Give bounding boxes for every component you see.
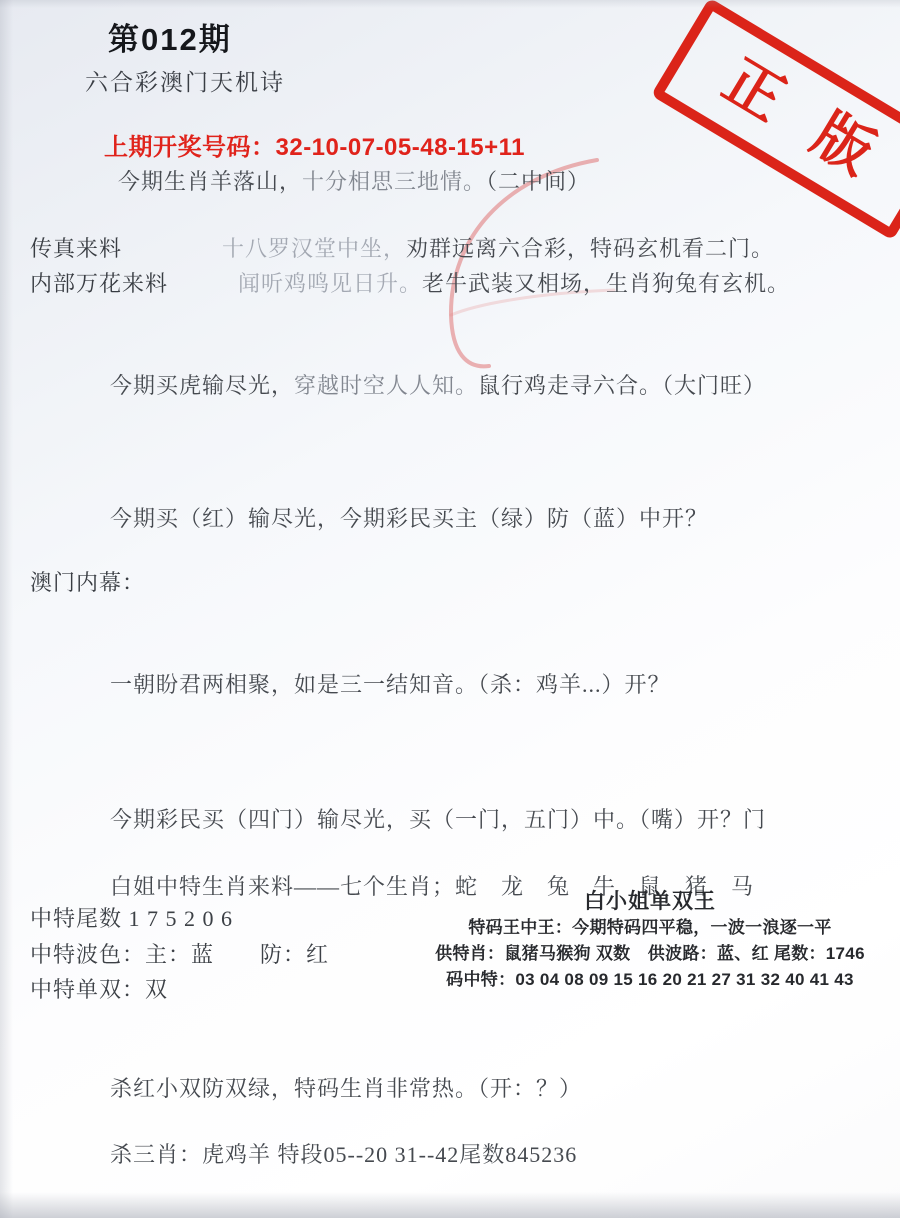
internal-source-label: 内部万花来料 bbox=[30, 267, 168, 298]
internal-source-text: 闻听鸡鸣见日升。老牛武装又相场，生肖狗兔有玄机。 bbox=[238, 267, 790, 298]
left-stats-block: 中特尾数 1 7 5 2 0 6 中特波色：主：蓝 防：红 中特单双：双 bbox=[30, 901, 329, 1008]
doc-title: 六合彩澳门天机诗 bbox=[85, 64, 285, 97]
last-draw-numbers: 上期开奖号码：32-10-07-05-48-15+11 bbox=[104, 127, 525, 162]
poem-line-4: 一朝盼君两相聚，如是三一结知音。（杀：鸡羊...）开？ bbox=[110, 668, 671, 699]
poem-line-1-seg-a: 今期生肖羊落山， bbox=[118, 169, 302, 194]
right-stats-block: 白小姐单双王 特码王中王：今期特码四平稳，一波一浪逐一平 供特肖：鼠猪马猴狗 双… bbox=[413, 889, 887, 993]
internal-main-segment: 老牛武装又相场，生肖狗兔有玄机。 bbox=[422, 271, 790, 296]
issue-number: 第012期 bbox=[108, 14, 232, 59]
poem-line-2: 今期买虎输尽光，穿越时空人人知。鼠行鸡走寻六合。（大门旺） bbox=[110, 369, 766, 400]
page-edge-shade-top bbox=[0, 0, 900, 8]
poem-line-2-seg-c: 鼠行鸡走寻六合。（大门旺） bbox=[478, 373, 766, 398]
right-block-title: 白小姐单双王 bbox=[413, 889, 887, 915]
macau-insider-label: 澳门内幕： bbox=[30, 566, 145, 597]
poem-line-1: 今期生肖羊落山，十分相思三地情。（二中间） bbox=[118, 165, 590, 196]
special-tail-numbers: 中特尾数 1 7 5 2 0 6 bbox=[30, 901, 329, 937]
authenticity-stamp: 正版 bbox=[651, 0, 900, 240]
poem-line-5: 今期彩民买（四门）输尽光，买（一门，五门）中。（嘴）开？门 bbox=[110, 803, 766, 834]
fax-main-segment: 劝群远离六合彩，特码玄机看二门。 bbox=[406, 236, 774, 261]
poem-line-2-seg-a: 今期买虎输尽光， bbox=[110, 373, 294, 398]
poem-line-1-seg-c: （二中间） bbox=[486, 169, 590, 194]
king-of-kings-line: 特码王中王：今期特码四平稳，一波一浪逐一平 bbox=[413, 915, 887, 941]
poem-line-1-seg-b: 十分相思三地情。 bbox=[302, 169, 486, 194]
special-wave-colors: 中特波色：主：蓝 防：红 bbox=[30, 937, 329, 973]
page-edge-shade-left bbox=[0, 0, 13, 1218]
kill-line-1: 杀红小双防双绿，特码生肖非常热。（开：？） bbox=[110, 1072, 582, 1103]
special-odd-even: 中特单双：双 bbox=[30, 972, 329, 1008]
page-edge-shade-bottom bbox=[0, 1192, 900, 1218]
special-code-numbers-line: 码中特：03 04 08 09 15 16 20 21 27 31 32 40 … bbox=[413, 967, 887, 993]
fax-faint-segment: 十八罗汉堂中坐， bbox=[222, 236, 406, 261]
fax-source-text: 十八罗汉堂中坐，劝群远离六合彩，特码玄机看二门。 bbox=[222, 232, 774, 263]
kill-line-2: 杀三肖：虎鸡羊 特段05--20 31--42尾数845236 bbox=[110, 1138, 577, 1169]
fax-source-label: 传真来料 bbox=[30, 232, 122, 263]
lottery-tip-sheet: 第012期 六合彩澳门天机诗 正版 上期开奖号码：32-10-07-05-48-… bbox=[0, 0, 900, 1218]
poem-line-2-seg-b: 穿越时空人人知。 bbox=[294, 373, 478, 398]
zodiac-wave-tail-line: 供特肖：鼠猪马猴狗 双数 供波路：蓝、红 尾数：1746 bbox=[413, 941, 887, 967]
internal-faint-segment: 闻听鸡鸣见日升。 bbox=[238, 271, 422, 296]
poem-line-3: 今期买（红）输尽光，今期彩民买主（绿）防（蓝）中开？ bbox=[110, 502, 708, 533]
